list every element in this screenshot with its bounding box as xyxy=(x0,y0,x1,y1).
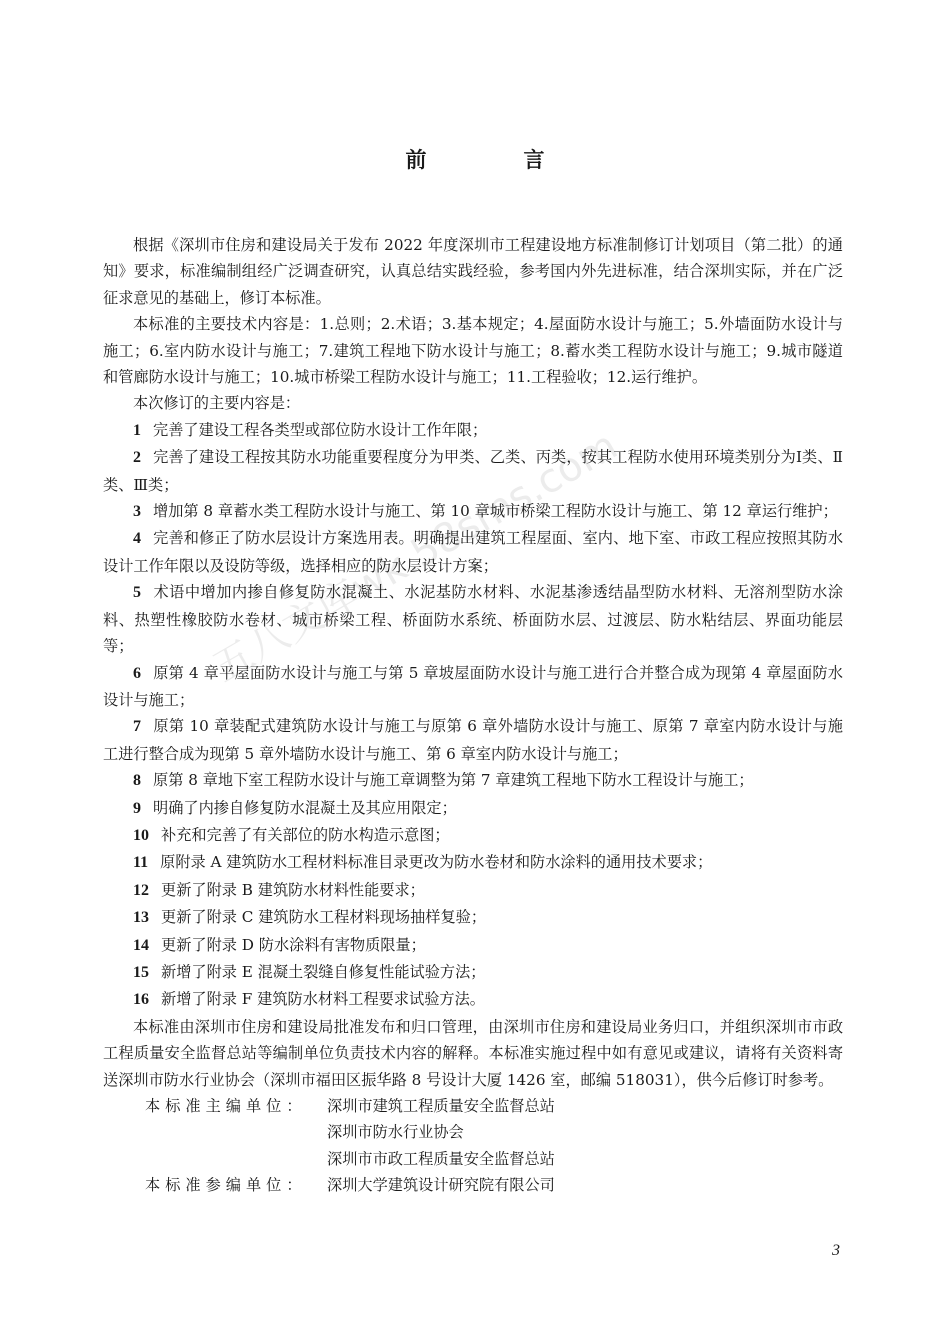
item-number: 14 xyxy=(133,937,149,954)
item-text: 完善和修正了防水层设计方案选用表。明确提出建筑工程屋面、室内、地下室、市政工程应… xyxy=(103,529,843,574)
item-number: 12 xyxy=(133,882,149,899)
participant-unit-row: 本标准参编单位： 深圳大学建筑设计研究院有限公司 xyxy=(103,1172,843,1198)
revision-item: 4完善和修正了防水层设计方案选用表。明确提出建筑工程屋面、室内、地下室、市政工程… xyxy=(103,525,843,579)
item-number: 11 xyxy=(133,854,148,871)
item-text: 新增了附录 E 混凝土裂缝自修复性能试验方法； xyxy=(161,963,486,981)
item-number: 1 xyxy=(133,422,141,439)
item-number: 5 xyxy=(133,584,141,601)
item-text: 术语中增加内掺自修复防水混凝土、水泥基防水材料、水泥基渗透结晶型防水材料、无溶剂… xyxy=(103,583,843,655)
item-text: 原第 8 章地下室工程防水设计与施工章调整为第 7 章建筑工程地下防水工程设计与… xyxy=(153,771,754,789)
item-number: 10 xyxy=(133,827,149,844)
revision-item: 9明确了内掺自修复防水混凝土及其应用限定； xyxy=(103,795,843,822)
item-number: 15 xyxy=(133,964,149,981)
item-text: 更新了附录 B 建筑防水材料性能要求； xyxy=(161,881,425,899)
item-text: 更新了附录 D 防水涂料有害物质限量； xyxy=(161,936,426,954)
page-number: 3 xyxy=(832,1242,840,1260)
revision-item: 15新增了附录 E 混凝土裂缝自修复性能试验方法； xyxy=(103,959,843,986)
chief-unit-row: 深圳市市政工程质量安全监督总站 xyxy=(103,1146,843,1172)
item-text: 更新了附录 C 建筑防水工程材料现场抽样复验； xyxy=(161,908,486,926)
revision-lead: 本次修订的主要内容是： xyxy=(103,390,843,416)
item-number: 7 xyxy=(133,718,141,735)
chief-unit-row: 本标准主编单位： 深圳市建筑工程质量安全监督总站 xyxy=(103,1093,843,1119)
chief-unit-name: 深圳市市政工程质量安全监督总站 xyxy=(327,1146,555,1172)
closing-paragraph: 本标准由深圳市住房和建设局批准发布和归口管理，由深圳市住房和建设局业务归口，并组… xyxy=(103,1014,843,1093)
item-number: 6 xyxy=(133,665,141,682)
item-number: 4 xyxy=(133,530,141,547)
item-text: 完善了建设工程按其防水功能重要程度分为甲类、乙类、丙类，按其工程防水使用环境类别… xyxy=(103,448,843,493)
revision-item: 3增加第 8 章蓄水类工程防水设计与施工、第 10 章城市桥梁工程防水设计与施工… xyxy=(103,498,843,525)
revision-item: 11原附录 A 建筑防水工程材料标准目录更改为防水卷材和防水涂料的通用技术要求； xyxy=(103,849,843,876)
revision-item: 13更新了附录 C 建筑防水工程材料现场抽样复验； xyxy=(103,904,843,931)
item-text: 原第 4 章平屋面防水设计与施工与第 5 章坡屋面防水设计与施工进行合并整合成为… xyxy=(103,664,843,709)
item-number: 3 xyxy=(133,503,141,520)
revision-item: 7原第 10 章装配式建筑防水设计与施工与原第 6 章外墙防水设计与施工、原第 … xyxy=(103,713,843,767)
document-page: 五八文库wk.58sms.com 前 言 根据《深圳市住房和建设局关于发布 20… xyxy=(0,0,950,1344)
item-text: 补充和完善了有关部位的防水构造示意图； xyxy=(161,826,450,844)
revision-item: 10补充和完善了有关部位的防水构造示意图； xyxy=(103,822,843,849)
revision-list: 1完善了建设工程各类型或部位防水设计工作年限； 2完善了建设工程按其防水功能重要… xyxy=(103,417,843,1014)
item-text: 明确了内掺自修复防水混凝土及其应用限定； xyxy=(153,799,457,817)
page-title: 前 言 xyxy=(0,144,950,174)
revision-item: 2完善了建设工程按其防水功能重要程度分为甲类、乙类、丙类，按其工程防水使用环境类… xyxy=(103,444,843,498)
chief-unit-name: 深圳市防水行业协会 xyxy=(327,1119,464,1145)
item-text: 完善了建设工程各类型或部位防水设计工作年限； xyxy=(153,421,487,439)
revision-item: 16新增了附录 F 建筑防水材料工程要求试验方法。 xyxy=(103,986,843,1013)
revision-item: 8原第 8 章地下室工程防水设计与施工章调整为第 7 章建筑工程地下防水工程设计… xyxy=(103,767,843,794)
revision-item: 14更新了附录 D 防水涂料有害物质限量； xyxy=(103,932,843,959)
participant-unit-name: 深圳大学建筑设计研究院有限公司 xyxy=(327,1172,555,1198)
item-number: 2 xyxy=(133,449,141,466)
chief-unit-row: 深圳市防水行业协会 xyxy=(103,1119,843,1145)
participant-unit-label: 本标准参编单位： xyxy=(103,1172,327,1198)
revision-item: 5术语中增加内掺自修复防水混凝土、水泥基防水材料、水泥基渗透结晶型防水材料、无溶… xyxy=(103,579,843,659)
item-number: 16 xyxy=(133,991,149,1008)
revision-item: 1完善了建设工程各类型或部位防水设计工作年限； xyxy=(103,417,843,444)
item-number: 9 xyxy=(133,800,141,817)
chief-unit-name: 深圳市建筑工程质量安全监督总站 xyxy=(327,1093,555,1119)
preface-body: 根据《深圳市住房和建设局关于发布 2022 年度深圳市工程建设地方标准制修订计划… xyxy=(103,232,843,1199)
editing-units: 本标准主编单位： 深圳市建筑工程质量安全监督总站 深圳市防水行业协会 深圳市市政… xyxy=(103,1093,843,1199)
item-text: 原第 10 章装配式建筑防水设计与施工与原第 6 章外墙防水设计与施工、原第 7… xyxy=(103,717,843,762)
revision-item: 12更新了附录 B 建筑防水材料性能要求； xyxy=(103,877,843,904)
chief-unit-label: 本标准主编单位： xyxy=(103,1093,327,1119)
item-text: 原附录 A 建筑防水工程材料标准目录更改为防水卷材和防水涂料的通用技术要求； xyxy=(160,853,712,871)
item-text: 新增了附录 F 建筑防水材料工程要求试验方法。 xyxy=(161,990,485,1008)
item-number: 13 xyxy=(133,909,149,926)
item-number: 8 xyxy=(133,772,141,789)
item-text: 增加第 8 章蓄水类工程防水设计与施工、第 10 章城市桥梁工程防水设计与施工、… xyxy=(153,502,838,520)
revision-item: 6原第 4 章平屋面防水设计与施工与第 5 章坡屋面防水设计与施工进行合并整合成… xyxy=(103,660,843,714)
technical-content-paragraph: 本标准的主要技术内容是：1.总则；2.术语；3.基本规定；4.屋面防水设计与施工… xyxy=(103,311,843,390)
intro-paragraph: 根据《深圳市住房和建设局关于发布 2022 年度深圳市工程建设地方标准制修订计划… xyxy=(103,232,843,311)
